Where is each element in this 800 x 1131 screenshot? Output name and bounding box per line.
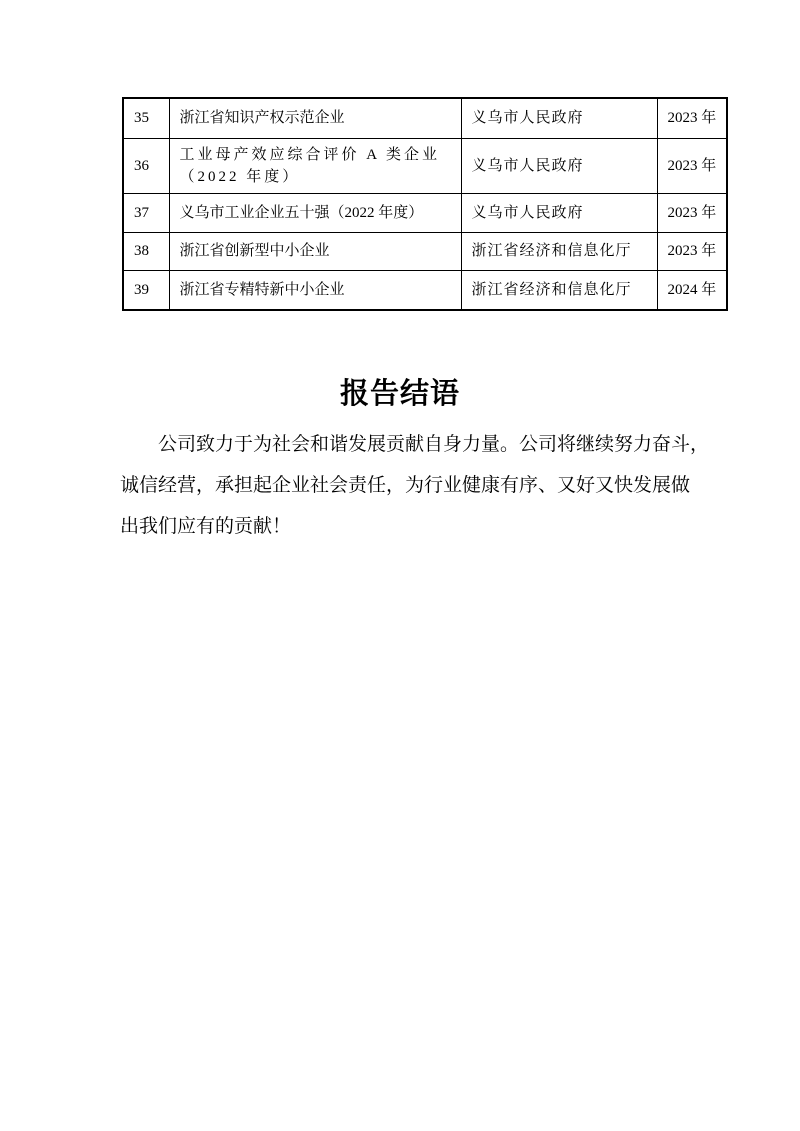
issuer-cell: 浙江省经济和信息化厅 [461, 232, 657, 270]
issuer-cell: 浙江省经济和信息化厅 [461, 270, 657, 310]
document-page: 35 浙江省知识产权示范企业 义乌市人民政府 2023 年 36 工业母产效应综… [0, 0, 800, 1131]
award-name-cell: 浙江省专精特新中小企业 [169, 270, 461, 310]
table-row: 39 浙江省专精特新中小企业 浙江省经济和信息化厅 2024 年 [123, 270, 727, 310]
award-name-cell: 工业母产效应综合评价 A 类企业 （2022 年度） [169, 138, 461, 193]
paragraph-line: 出我们应有的贡献！ [120, 506, 686, 547]
issuer-cell: 义乌市人民政府 [461, 98, 657, 138]
table-row: 38 浙江省创新型中小企业 浙江省经济和信息化厅 2023 年 [123, 232, 727, 270]
year-cell: 2023 年 [657, 98, 727, 138]
row-number-cell: 39 [123, 270, 169, 310]
issuer-cell: 义乌市人民政府 [461, 138, 657, 193]
paragraph-line: 公司致力于为社会和谐发展贡献自身力量。公司将继续努力奋斗， [120, 424, 686, 465]
row-number-cell: 38 [123, 232, 169, 270]
table-row: 37 义乌市工业企业五十强（2022 年度） 义乌市人民政府 2023 年 [123, 193, 727, 232]
table-row: 36 工业母产效应综合评价 A 类企业 （2022 年度） 义乌市人民政府 20… [123, 138, 727, 193]
award-name-cell: 浙江省创新型中小企业 [169, 232, 461, 270]
row-number-cell: 36 [123, 138, 169, 193]
award-name-cell: 义乌市工业企业五十强（2022 年度） [169, 193, 461, 232]
row-number-cell: 37 [123, 193, 169, 232]
paragraph-line: 诚信经营，承担起企业社会责任，为行业健康有序、又好又快发展做 [120, 465, 686, 506]
year-cell: 2023 年 [657, 232, 727, 270]
year-cell: 2024 年 [657, 270, 727, 310]
issuer-cell: 义乌市人民政府 [461, 193, 657, 232]
awards-table: 35 浙江省知识产权示范企业 义乌市人民政府 2023 年 36 工业母产效应综… [122, 97, 728, 311]
table-row: 35 浙江省知识产权示范企业 义乌市人民政府 2023 年 [123, 98, 727, 138]
row-number-cell: 35 [123, 98, 169, 138]
year-cell: 2023 年 [657, 193, 727, 232]
conclusion-paragraph: 公司致力于为社会和谐发展贡献自身力量。公司将继续努力奋斗， 诚信经营，承担起企业… [120, 424, 686, 547]
conclusion-title: 报告结语 [0, 374, 800, 414]
year-cell: 2023 年 [657, 138, 727, 193]
award-name-cell: 浙江省知识产权示范企业 [169, 98, 461, 138]
